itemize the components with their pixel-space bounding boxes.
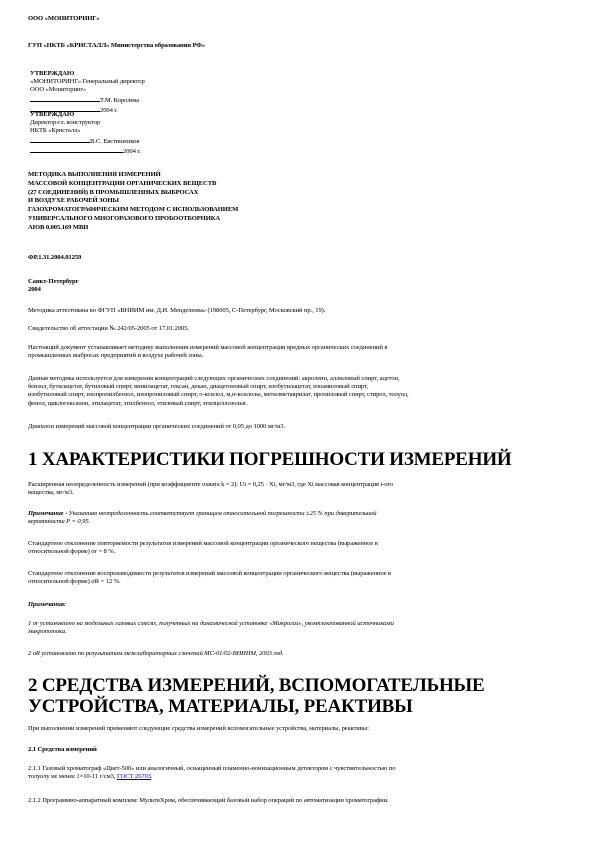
paragraph-line: микропотока. <box>28 628 573 636</box>
uncertainty-note: Примечание - Указанная неопределенность … <box>28 510 573 526</box>
title-line: АЮВ 0.005.169 МВИ <box>28 224 573 233</box>
heading-line: 2 СРЕДСТВА ИЗМЕРЕНИЙ, ВСПОМОГАТЕЛЬНЫЕ <box>28 675 573 696</box>
subsection-2-1-title: 2.1 Средства измерений <box>28 746 573 754</box>
org-name-1: ООО «МОНИТОРИНГ» <box>28 15 573 23</box>
range-text: Диапазон измерений массовой концентрации… <box>28 423 573 431</box>
section-2-heading: 2 СРЕДСТВА ИЗМЕРЕНИЙ, ВСПОМОГАТЕЛЬНЫЕ УС… <box>28 675 573 717</box>
approval-signature-line: Т.М. Королева <box>30 95 575 105</box>
title-line: ГАЗОХРОМАТОГРАФИЧЕСКИМ МЕТОДОМ С ИСПОЛЬЗ… <box>28 206 573 215</box>
paragraph-line: относительной форме) σR = 12 %. <box>28 578 573 586</box>
approval-date: 2004 г. <box>123 148 141 155</box>
reproducibility-paragraph: Стандартное отклонение воспроизводимости… <box>28 570 573 586</box>
org-name-2: ГУП «НКТБ «КРИСТАЛЛ» Министерства образо… <box>28 42 573 50</box>
signature-underline <box>30 136 90 143</box>
gost-link[interactable]: ГОСТ 26703 <box>117 773 151 780</box>
title-line: МАССОВОЙ КОНЦЕНТРАЦИИ ОРГАНИЧЕСКИХ ВЕЩЕС… <box>28 180 573 189</box>
approval-position: Директор-гл. конструктор <box>30 119 575 127</box>
section-2-intro: При выполнении измерений применяют следу… <box>28 725 573 733</box>
paragraph-line: фенол, циклогексанон, этилацетат, этилбе… <box>28 400 573 408</box>
certificate-text: Свидетельство об аттестации № 242/05-200… <box>28 325 573 333</box>
approval-position: «МОНИТОРИНГ» Генеральный директор <box>30 78 575 86</box>
item-2-1-2: 2.1.2 Программно-аппаратный комплекс Мул… <box>28 797 573 805</box>
title-line: МЕТОДИКА ВЫПОЛНЕНИЯ ИЗМЕРЕНИЙ <box>28 171 573 180</box>
paragraph-line: относительной форме) σr = 8 %. <box>28 548 573 556</box>
note-1: 1 σr установлено на модельных газовых см… <box>28 620 573 636</box>
paragraph-line: Примечание - Указанная неопределенность … <box>28 510 573 518</box>
purpose-paragraph: Настоящий документ устанавливает методик… <box>28 344 573 360</box>
paragraph-line: Стандартное отклонение повторяемости рез… <box>28 540 573 548</box>
paragraph-line: вещества, мг/м3. <box>28 489 573 497</box>
paragraph-line: Расширенная неопределенность измерений (… <box>28 481 573 489</box>
paragraph-line: бензол, бутилацетат, бутиловый спирт, ви… <box>28 383 573 391</box>
title-line: И ВОЗДУХЕ РАБОЧЕЙ ЗОНЫ <box>28 197 573 206</box>
paragraph-line: 1 σr установлено на модельных газовых см… <box>28 620 573 628</box>
item-text: . <box>151 773 153 780</box>
paragraph-line: Стандартное отклонение воспроизводимости… <box>28 570 573 578</box>
approval-block-2: УТВЕРЖДАЮ Директор-гл. конструктор НКТБ … <box>30 111 575 156</box>
section-1-heading: 1 ХАРАКТЕРИСТИКИ ПОГРЕШНОСТИ ИЗМЕРЕНИЙ <box>28 449 573 470</box>
approval-title: УТВЕРЖДАЮ <box>30 70 575 78</box>
city: Санкт-Петербург <box>28 278 573 286</box>
approval-org: НКТБ «Кристалл» <box>30 127 575 135</box>
approval-signer: В.С. Евстишенков <box>90 138 139 145</box>
approval-org: ООО «Мониторинг» <box>30 86 575 94</box>
approval-block-1: УТВЕРЖДАЮ «МОНИТОРИНГ» Генеральный дирек… <box>30 70 575 115</box>
paragraph-line: толуолу не менее 1×10-11 г/см3, ГОСТ 267… <box>28 773 573 781</box>
uncertainty-paragraph: Расширенная неопределенность измерений (… <box>28 481 573 497</box>
heading-line: УСТРОЙСТВА, МАТЕРИАЛЫ, РЕАКТИВЫ <box>28 696 573 717</box>
substances-paragraph: Данная методика используется для измерен… <box>28 375 573 408</box>
note-2: 2 σR установлено по результатам межлабор… <box>28 650 573 658</box>
repeatability-paragraph: Стандартное отклонение повторяемости рез… <box>28 540 573 556</box>
paragraph-line: Настоящий документ устанавливает методик… <box>28 344 573 352</box>
approval-title: УТВЕРЖДАЮ <box>30 111 575 119</box>
paragraph-line: Данная методика используется для измерен… <box>28 375 573 383</box>
item-text: толуолу не менее 1×10-11 г/см3, <box>28 773 117 780</box>
document-title: МЕТОДИКА ВЫПОЛНЕНИЯ ИЗМЕРЕНИЙ МАССОВОЙ К… <box>28 171 573 233</box>
paragraph-line: изобутиловый спирт, изопропилбензол, изо… <box>28 391 573 399</box>
approval-signer: Т.М. Королева <box>100 97 139 104</box>
signature-underline <box>30 95 100 102</box>
date-underline <box>30 146 123 153</box>
title-line: УНИВЕРСАЛЬНОГО МНОГОРАЗОВОГО ПРОБООТБОРН… <box>28 215 573 224</box>
year: 2004 <box>28 286 573 294</box>
note-text: - Указанная неопределенность соответству… <box>63 510 376 517</box>
item-2-1-1: 2.1.1 Газовый хроматограф «Цвет-500» или… <box>28 765 573 781</box>
paragraph-line: вероятности P = 0,95. <box>28 518 573 526</box>
paragraph-line: 2.1.1 Газовый хроматограф «Цвет-500» или… <box>28 765 573 773</box>
approval-signature-line: В.С. Евстишенков <box>30 136 575 146</box>
approval-date-line: 2004 г. <box>30 146 575 156</box>
notes-title: Примечания: <box>28 601 573 609</box>
note-label: Примечание <box>28 510 63 517</box>
registration-code: ФР.1.31.2004.01259 <box>28 254 573 262</box>
attestation-text: Методика аттестована во ФГУП «ВНИИМ им. … <box>28 307 573 315</box>
paragraph-line: промышленных выбросах предприятий и возд… <box>28 352 573 360</box>
